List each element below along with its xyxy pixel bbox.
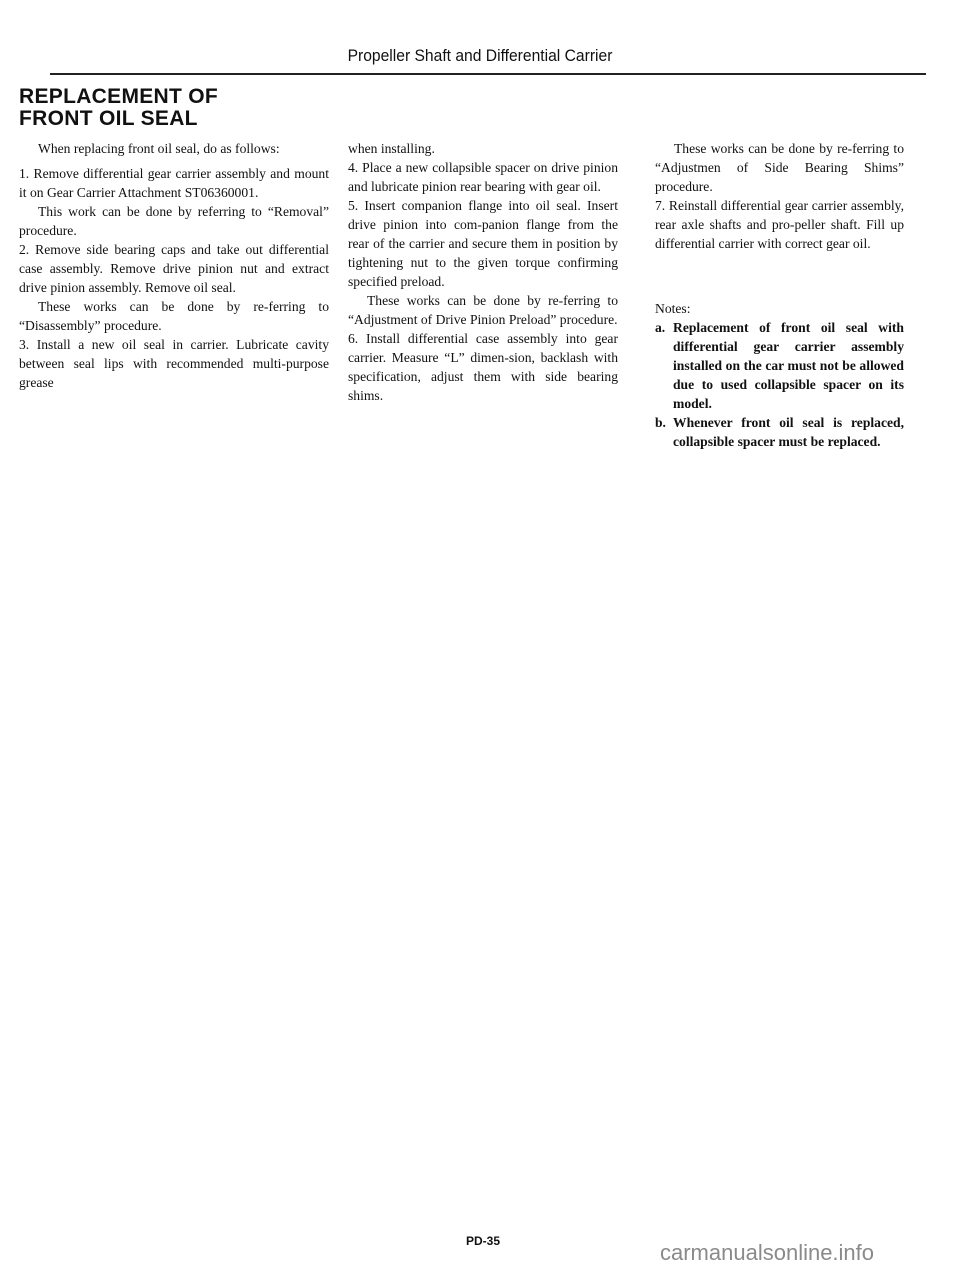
- step-6: 6. Install differential case assembly in…: [348, 329, 618, 405]
- step-1-reference: This work can be done by referring to “R…: [19, 202, 329, 240]
- step-3: 3. Install a new oil seal in carrier. Lu…: [19, 335, 329, 392]
- step-2: 2. Remove side bearing caps and take out…: [19, 240, 329, 297]
- section-title-line-2: FRONT OIL SEAL: [19, 108, 339, 130]
- header-rule-divider: [50, 73, 926, 75]
- intro-paragraph: When replacing front oil seal, do as fol…: [19, 139, 329, 158]
- section-title-line-1: REPLACEMENT OF: [19, 86, 339, 108]
- notes-label: Notes:: [655, 299, 904, 318]
- text-column-3: These works can be done by re-ferring to…: [655, 139, 904, 451]
- watermark: carmanualsonline.info: [660, 1240, 874, 1266]
- text-column-2: when installing. 4. Place a new collapsi…: [348, 139, 618, 405]
- step-5: 5. Insert companion flange into oil seal…: [348, 196, 618, 291]
- text-column-1: When replacing front oil seal, do as fol…: [19, 139, 329, 392]
- note-text: Whenever front oil seal is replaced, col…: [673, 413, 904, 451]
- step-3-continued: when installing.: [348, 139, 618, 158]
- step-7: 7. Reinstall differential gear carrier a…: [655, 196, 904, 253]
- running-header: Propeller Shaft and Differential Carrier: [38, 46, 921, 66]
- note-a: a. Replacement of front oil seal with di…: [655, 318, 904, 413]
- note-marker: a.: [655, 318, 673, 413]
- page-number: PD-35: [466, 1234, 500, 1248]
- step-6-reference: These works can be done by re-ferring to…: [655, 139, 904, 196]
- step-2-reference: These works can be done by re-ferring to…: [19, 297, 329, 335]
- section-title: REPLACEMENT OF FRONT OIL SEAL: [19, 86, 339, 130]
- note-marker: b.: [655, 413, 673, 451]
- note-text: Replacement of front oil seal with diffe…: [673, 318, 904, 413]
- step-5-reference: These works can be done by re-ferring to…: [348, 291, 618, 329]
- step-1: 1. Remove differential gear carrier asse…: [19, 164, 329, 202]
- step-4: 4. Place a new collapsible spacer on dri…: [348, 158, 618, 196]
- note-b: b. Whenever front oil seal is replaced, …: [655, 413, 904, 451]
